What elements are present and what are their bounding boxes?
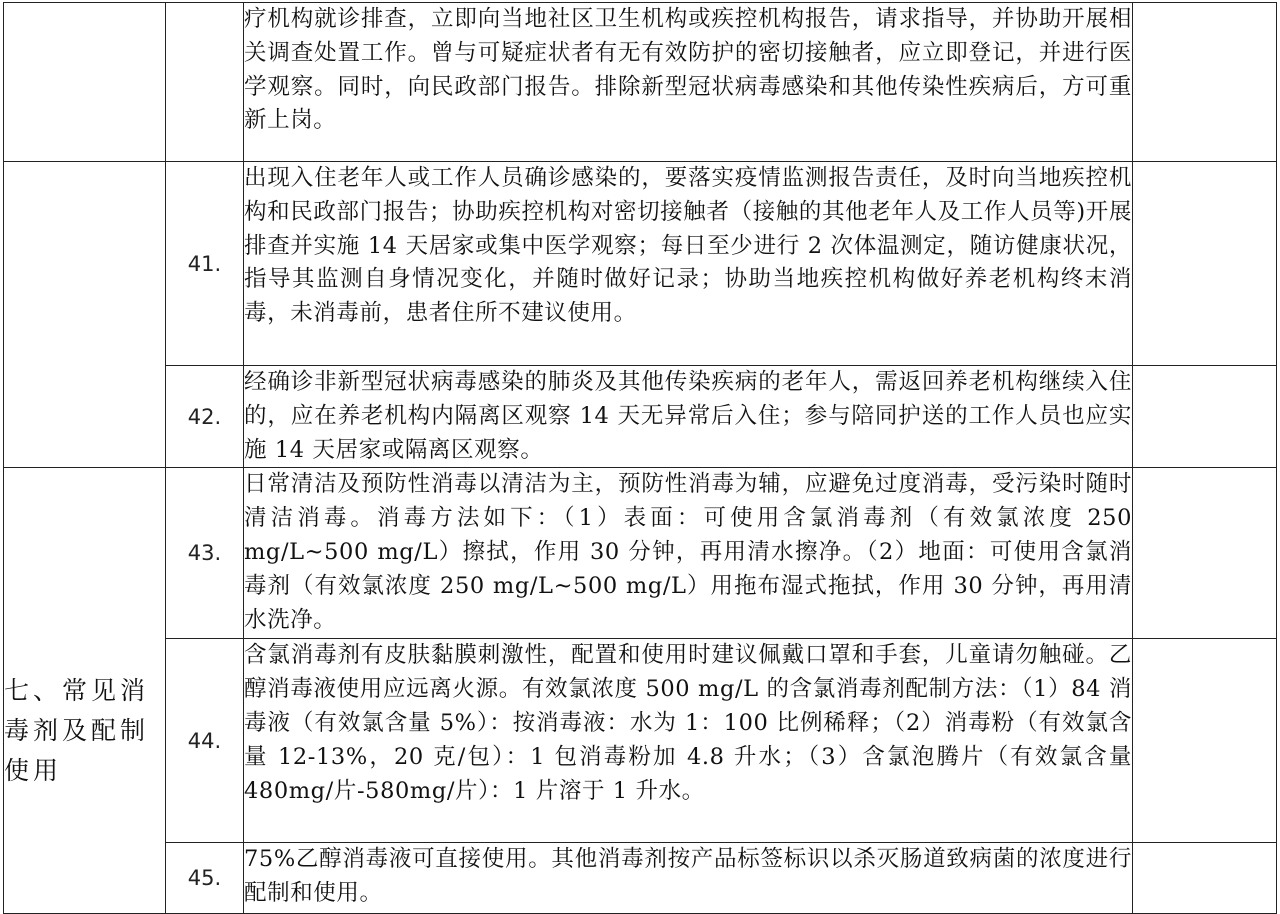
section-cell-empty [4, 3, 166, 162]
section-title-cell: 七、常见消 毒剂及配制 使用 [4, 468, 166, 914]
item-number: 45. [166, 843, 244, 914]
remark-cell [1133, 366, 1277, 468]
item-text: 含氯消毒剂有皮肤黏膜刺激性，配置和使用时建议佩戴口罩和手套，儿童请勿触碰。乙醇消… [244, 639, 1133, 843]
table-row: 疗机构就诊排查，立即向当地社区卫生机构或疾控机构报告，请求指导，并协助开展相关调… [4, 3, 1277, 162]
item-text: 经确诊非新型冠状病毒感染的肺炎及其他传染疾病的老年人，需返回养老机构继续入住的，… [244, 366, 1133, 468]
section-title-line: 使用 [4, 751, 165, 791]
table-row: 七、常见消 毒剂及配制 使用 43. 日常清洁及预防性消毒以清洁为主，预防性消毒… [4, 468, 1277, 639]
table-row: 42. 经确诊非新型冠状病毒感染的肺炎及其他传染疾病的老年人，需返回养老机构继续… [4, 366, 1277, 468]
table-row: 45. 75%乙醇消毒液可直接使用。其他消毒剂按产品标签标识以杀灭肠道致病菌的浓… [4, 843, 1277, 914]
table-row: 41. 出现入住老年人或工作人员确诊感染的，要落实疫情监测报告责任，及时向当地疾… [4, 162, 1277, 366]
item-text: 出现入住老年人或工作人员确诊感染的，要落实疫情监测报告责任，及时向当地疾控机构和… [244, 162, 1133, 366]
item-text: 75%乙醇消毒液可直接使用。其他消毒剂按产品标签标识以杀灭肠道致病菌的浓度进行配… [244, 843, 1133, 914]
remark-cell [1133, 3, 1277, 162]
item-number: 41. [166, 162, 244, 366]
item-number: 42. [166, 366, 244, 468]
item-number: 43. [166, 468, 244, 639]
section-title-line: 毒剂及配制 [4, 711, 165, 751]
remark-cell [1133, 843, 1277, 914]
item-text: 日常清洁及预防性消毒以清洁为主，预防性消毒为辅，应避免过度消毒，受污染时随时清洁… [244, 468, 1133, 639]
item-number [166, 3, 244, 162]
remark-cell [1133, 162, 1277, 366]
section-title-line: 七、常见消 [4, 671, 165, 711]
item-number: 44. [166, 639, 244, 843]
remark-cell [1133, 639, 1277, 843]
document-table: 疗机构就诊排查，立即向当地社区卫生机构或疾控机构报告，请求指导，并协助开展相关调… [3, 2, 1277, 914]
section-cell-empty [4, 162, 166, 468]
table-row: 44. 含氯消毒剂有皮肤黏膜刺激性，配置和使用时建议佩戴口罩和手套，儿童请勿触碰… [4, 639, 1277, 843]
item-text: 疗机构就诊排查，立即向当地社区卫生机构或疾控机构报告，请求指导，并协助开展相关调… [244, 3, 1133, 162]
remark-cell [1133, 468, 1277, 639]
